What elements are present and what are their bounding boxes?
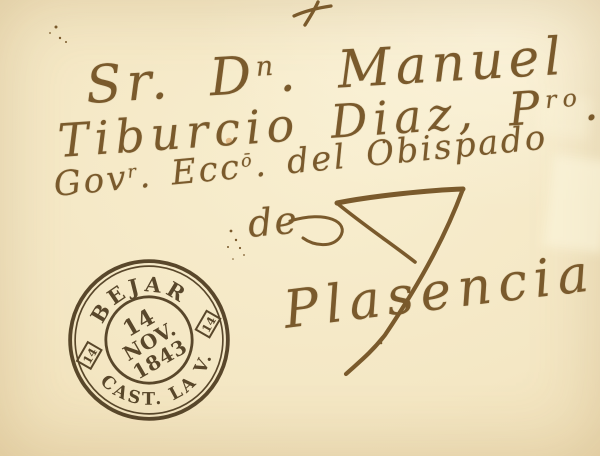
cover: 7 Sr. Dn. Manuel Tiburcio Diaz, Pro. Gov… — [0, 0, 600, 456]
address-text-run: . — [581, 76, 600, 131]
address-text-run: Gov — [52, 158, 130, 205]
cross-mark-icon — [294, 2, 331, 25]
stamp-left-tab: 14 — [77, 342, 102, 369]
stamp-right-tab: 14 — [196, 311, 221, 338]
address-text-run: ro — [544, 83, 584, 114]
address-text-run: de — [246, 198, 300, 246]
bejar-datestamp: BEJAR CAST. LA V. 14 14 14 NOV. 1843 — [66, 256, 232, 424]
address-line: de — [246, 201, 300, 243]
address-text-run: n — [255, 51, 279, 83]
